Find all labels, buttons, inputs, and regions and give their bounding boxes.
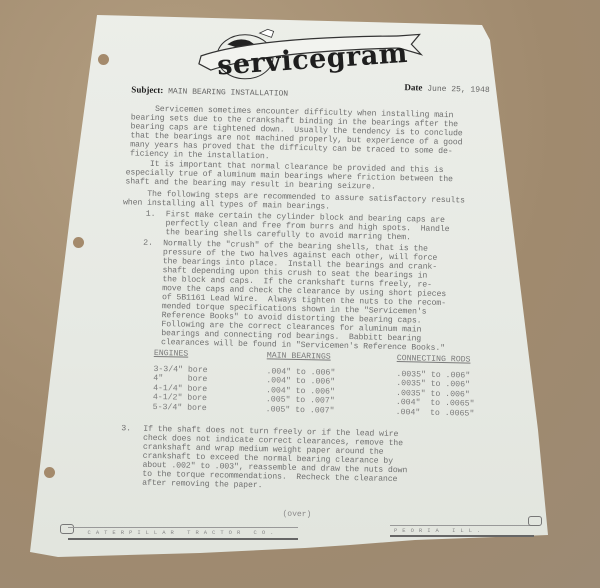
intro-paragraph: Servicemen sometimes encounter difficult… <box>130 104 463 165</box>
date-line: Date June 25, 1948 <box>404 82 489 95</box>
step-text: First make certain the cylinder block an… <box>165 210 450 243</box>
step-number: 1. <box>146 210 156 219</box>
table-column-main-bearings: .004" to .006" .004" to .006" .004" to .… <box>266 367 336 415</box>
footer-company: CATERPILLAR TRACTOR CO. <box>68 527 298 540</box>
document-content: servicegram Date June 25, 1948 Subject: … <box>0 0 600 588</box>
table-column-engines: 3-3/4" bore 4" bore 4-1/4" bore 4-1/2" b… <box>153 365 208 413</box>
table-column-connecting-rods: .0035" to .006" .0035" to .006" .0035" t… <box>396 370 476 419</box>
table-header-main-bearings: MAIN BEARINGS <box>267 351 331 361</box>
table-header-engines: ENGINES <box>154 349 189 359</box>
subject-line: Subject: MAIN BEARING INSTALLATION <box>131 84 288 98</box>
servicegram-logo: servicegram <box>197 26 428 87</box>
subject-value: MAIN BEARING INSTALLATION <box>168 87 288 99</box>
step-text: Normally the "crush" of the bearing shel… <box>161 239 447 353</box>
footer-location: PEORIA ILL. <box>390 525 534 537</box>
over-label: (over) <box>282 510 311 520</box>
footer-scroll-curl-icon <box>528 516 542 526</box>
photo-background: servicegram Date June 25, 1948 Subject: … <box>0 0 600 588</box>
step-number: 2. <box>143 239 153 248</box>
clearance-paragraph: It is important that normal clearance be… <box>125 159 453 193</box>
date-label: Date <box>404 82 422 92</box>
step-text: If the shaft does not turn freely or if … <box>142 425 408 494</box>
subject-label: Subject: <box>131 84 163 95</box>
date-value: June 25, 1948 <box>427 85 490 95</box>
table-header-connecting-rods: CONNECTING RODS <box>397 354 471 365</box>
step-number: 3. <box>121 424 131 433</box>
